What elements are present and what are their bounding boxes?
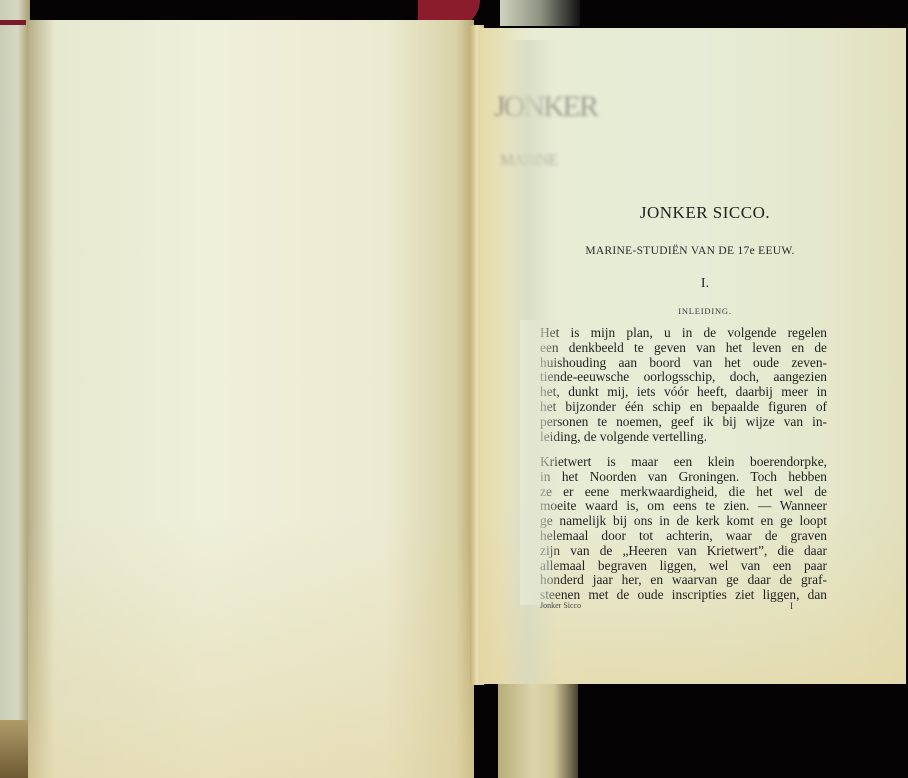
page-subtitle: MARINE-STUDIËN VAN DE 17e EEUW.: [540, 245, 840, 257]
motion-blur-top: [500, 0, 580, 26]
text-line: helemaal door tot achterin, waar de grav…: [540, 529, 827, 544]
paragraph-introduction: Het is mijn plan, u in de volgende regel…: [540, 326, 827, 444]
left-page-blank: [28, 20, 474, 778]
text-line: allemaal begraven liggen, wel van een pa…: [540, 559, 827, 574]
text-line: in het Noorden van Groningen. Toch hebbe…: [540, 470, 827, 485]
scan-blur-overlay: [520, 320, 562, 605]
book-cover-left-edge: [0, 0, 30, 778]
text-line: moeite waard is, om eens te zien. — Wann…: [540, 499, 827, 514]
text-line: huishouding aan boord van het oude zeven…: [540, 356, 827, 371]
page-fold-bottom: [498, 684, 578, 778]
text-line: Krietwert is maar een klein boerendorpke…: [540, 455, 827, 470]
paragraph-krietwert: Krietwert is maar een klein boerendorpke…: [540, 455, 827, 603]
section-heading: INLEIDING.: [560, 306, 850, 316]
text-line: ge namelijk bij ons in de kerk komt en g…: [540, 514, 827, 529]
text-line: honderd jaar her, en waarvan ge daar de …: [540, 573, 827, 588]
text-line: ze er eene merkwaardigheid, die het wel …: [540, 485, 827, 500]
text-line: steenen met de oude inscripties ziet lig…: [540, 588, 827, 603]
text-line: Het is mijn plan, u in de volgende regel…: [540, 326, 827, 341]
cover-red-trim: [0, 20, 26, 25]
text-line: het bijzonder één schip en bepaalde figu…: [540, 400, 827, 415]
text-line: leiding, de volgende vertelling.: [540, 430, 827, 445]
page-title: JONKER SICCO.: [560, 203, 850, 223]
footer-signature: Jonker Sicco: [540, 601, 581, 610]
text-line: tiende-eeuwsche oorlogsschip, doch, aang…: [540, 370, 827, 385]
text-line: zijn van de „Heeren van Krietwert”, die …: [540, 544, 827, 559]
text-line: het, dunkt mij, iets vóór heeft, daarbij…: [540, 385, 827, 400]
chapter-number: I.: [560, 276, 850, 292]
text-line: personen te noemen, geef ik bij wijze va…: [540, 415, 827, 430]
text-line: een denkbeeld te geven van het leven en …: [540, 341, 827, 356]
footer-sheet-number: I: [790, 601, 793, 611]
